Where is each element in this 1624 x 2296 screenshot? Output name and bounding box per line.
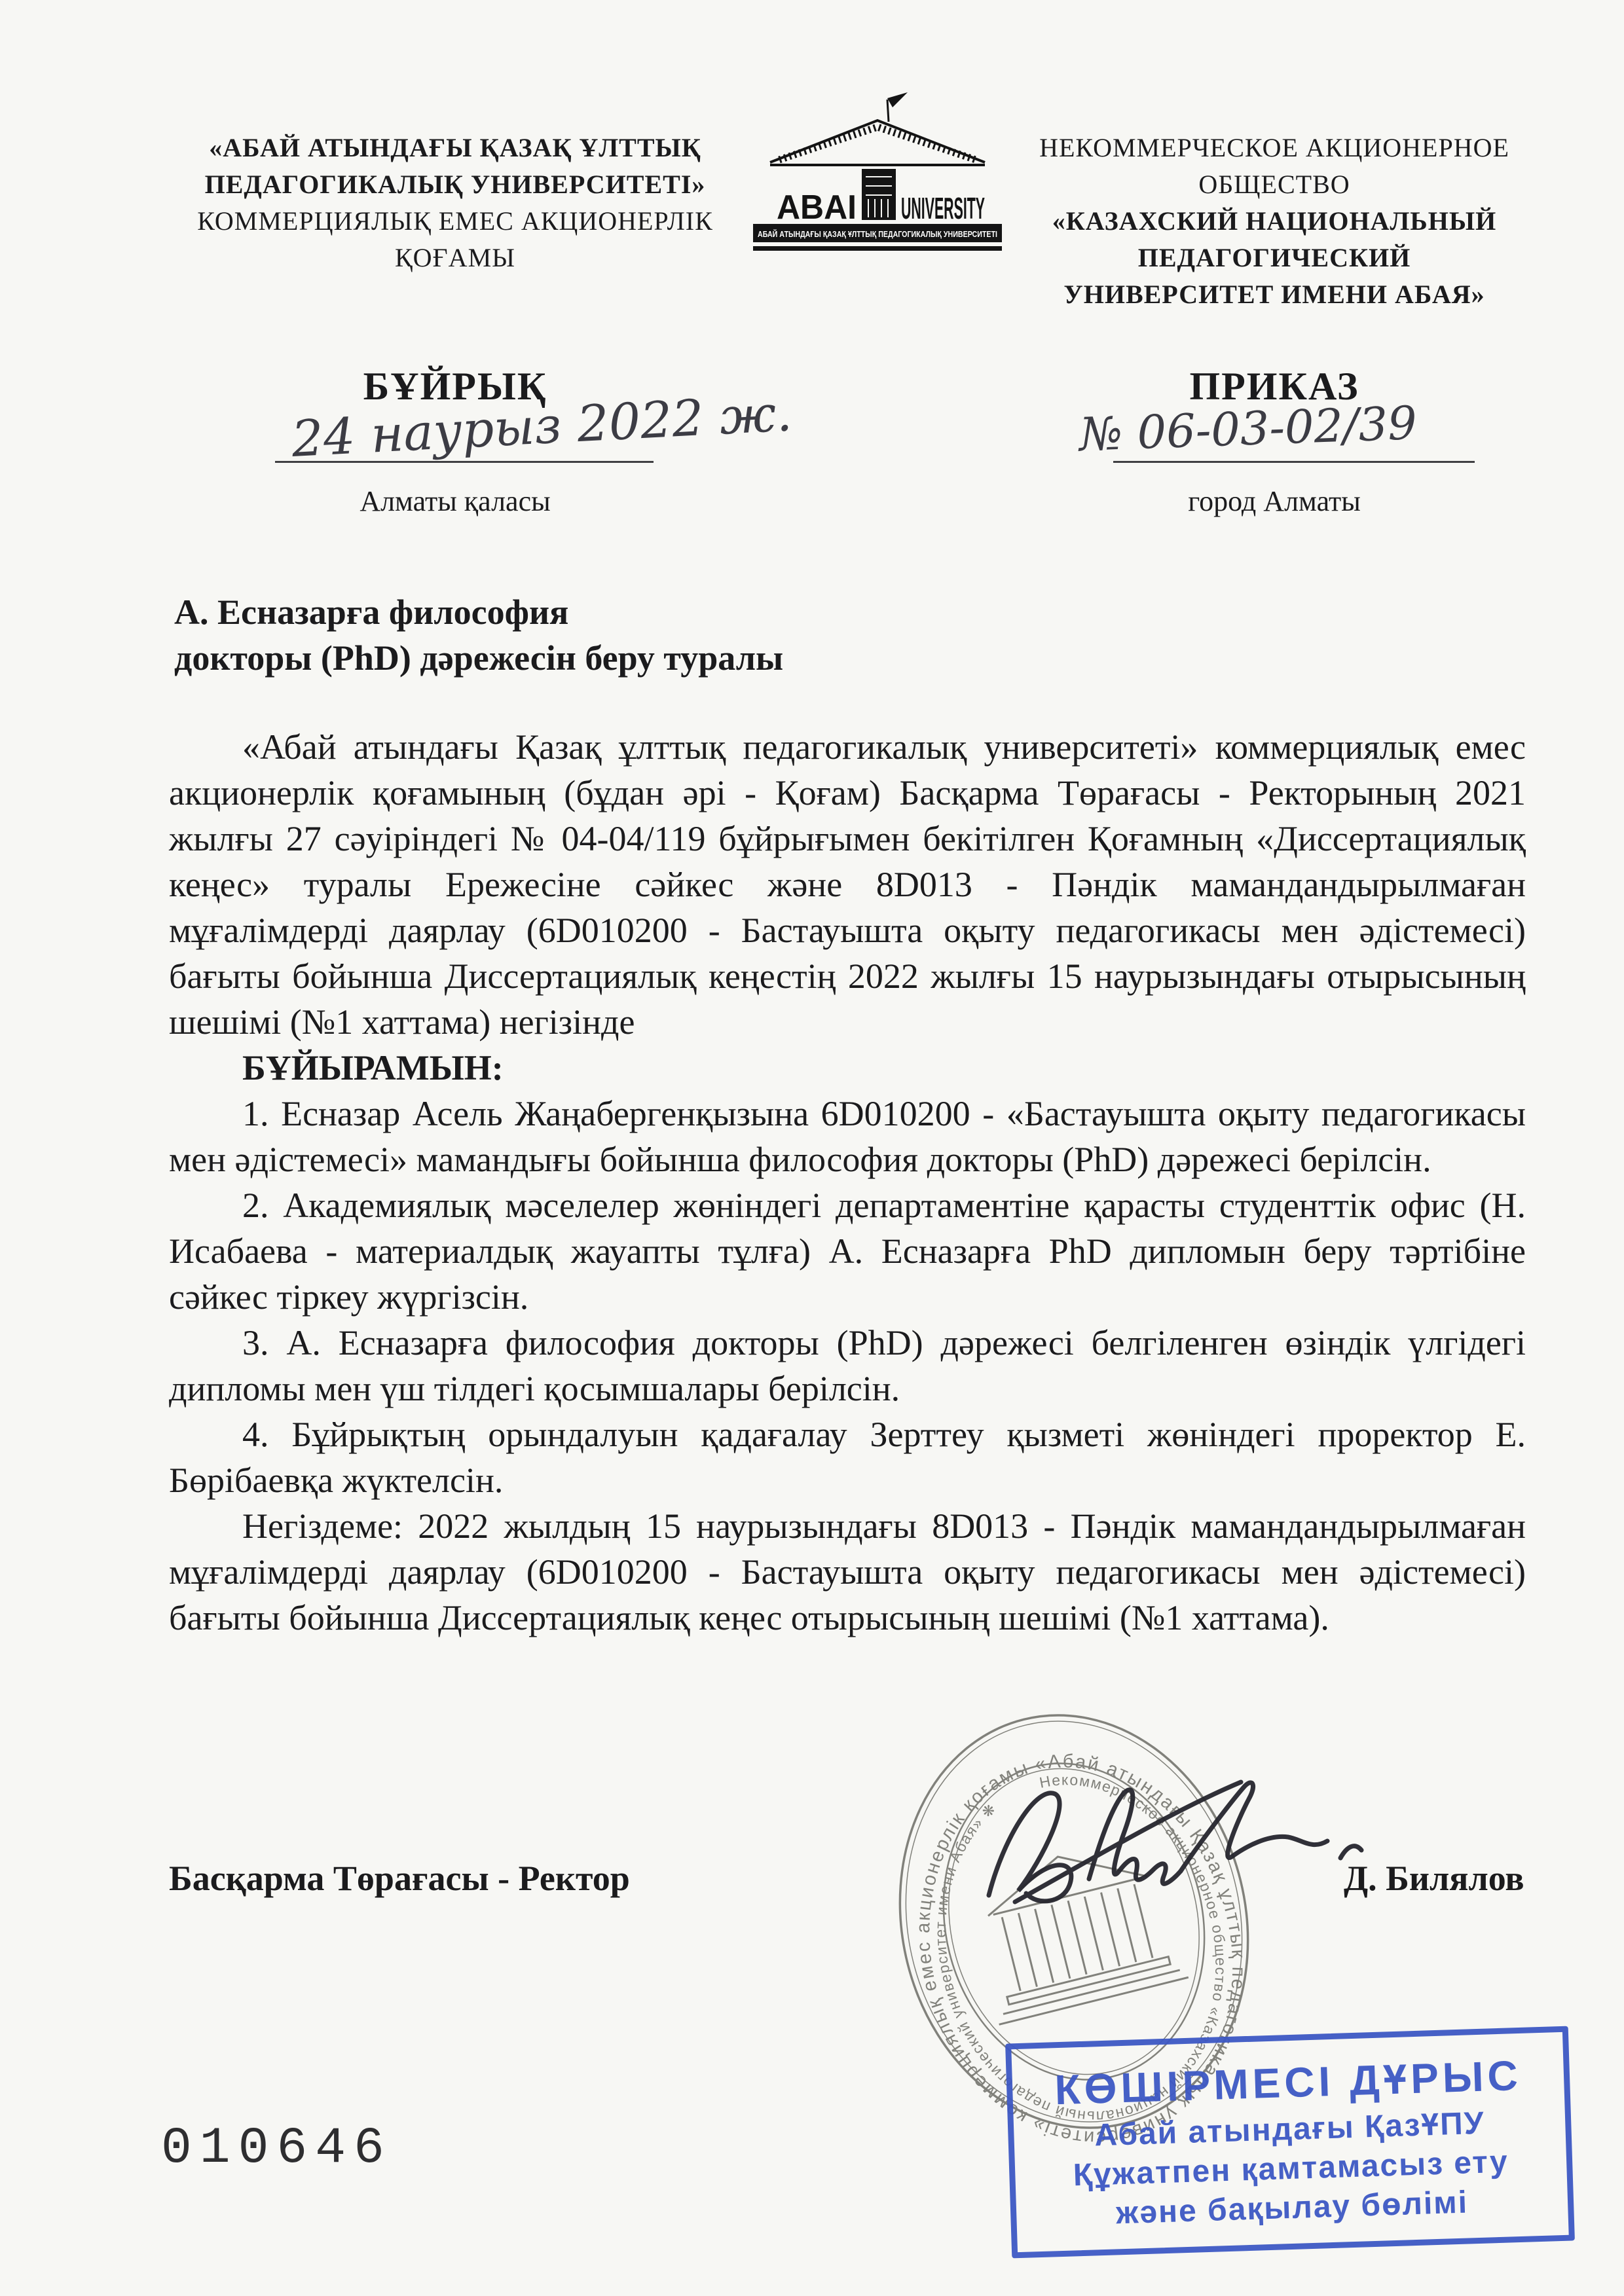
header-right-russian: НЕКОММЕРЧЕСКОЕ АКЦИОНЕРНОЕ ОБЩЕСТВО «КАЗ… [976, 130, 1573, 313]
header-right-line1: НЕКОММЕРЧЕСКОЕ АКЦИОНЕРНОЕ ОБЩЕСТВО [976, 130, 1573, 203]
order-item: 2. Академиялық мәселелер жөніндегі депар… [169, 1182, 1526, 1320]
signatory-name: Д. Билялов [1344, 1858, 1524, 1899]
logo-banner-text: АБАЙ АТЫНДАҒЫ ҚАЗАҚ ҰЛТТЫҚ ПЕДАГОГИКАЛЫҚ… [758, 229, 997, 239]
subject-line1: А. Есназарға философия [174, 589, 1156, 635]
logo-word-university: UNIVERSITY [901, 191, 985, 225]
header-right-line2: «КАЗАХСКИЙ НАЦИОНАЛЬНЫЙ ПЕДАГОГИЧЕСКИЙ [976, 203, 1573, 276]
city-kazakh: Алматы қаласы [183, 484, 727, 518]
signatory-role: Басқарма Төрағасы - Ректор [169, 1858, 630, 1899]
intro-paragraph: «Абай атындағы Қазақ ұлттық педагогикалы… [169, 724, 1526, 1045]
subject-line2: докторы (PhD) дәрежесін беру туралы [174, 635, 1156, 681]
university-logo: ABAI UNIVERSITY АБАЙ АТЫНДАҒЫ ҚАЗАҚ ҰЛТТ… [753, 90, 1002, 255]
header-left-line1: «АБАЙ АТЫНДАҒЫ ҚАЗАҚ ҰЛТТЫҚ [183, 130, 727, 166]
order-item: 4. Бұйрықтың орындалуын қадағалау Зертте… [169, 1412, 1526, 1503]
city-russian: город Алматы [976, 484, 1573, 518]
university-building-icon: ABAI UNIVERSITY АБАЙ АТЫНДАҒЫ ҚАЗАҚ ҰЛТТ… [753, 90, 1002, 255]
order-word: БҰЙЫРАМЫН: [169, 1045, 1526, 1091]
copy-certification-stamp: КӨШІРМЕСІ ДҰРЫС Абай атындағы ҚазҰПУ Құж… [1005, 2026, 1575, 2259]
document-serial-number: 010646 [161, 2120, 392, 2178]
order-body: «Абай атындағы Қазақ ұлттық педагогикалы… [169, 724, 1526, 1641]
basis-paragraph: Негіздеме: 2022 жылдың 15 наурызындағы 8… [169, 1503, 1526, 1641]
signature-scribble [953, 1755, 1372, 1938]
header-left-line3: КОММЕРЦИЯЛЫҚ ЕМЕС АКЦИОНЕРЛІК ҚОҒАМЫ [183, 203, 727, 276]
header-left-line2: ПЕДАГОГИКАЛЫҚ УНИВЕРСИТЕТІ» [183, 166, 727, 203]
subject-title: А. Есназарға философия докторы (PhD) дәр… [174, 589, 1156, 681]
handwritten-signature [953, 1755, 1372, 1941]
header-right-line3: УНИВЕРСИТЕТ ИМЕНИ АБАЯ» [976, 276, 1573, 313]
date-underline [275, 461, 654, 463]
scanned-order-document: { "header": { "left": [ "«АБАЙ АТЫНДАҒЫ … [0, 0, 1624, 2296]
number-underline [1113, 461, 1475, 463]
header-left-kazakh: «АБАЙ АТЫНДАҒЫ ҚАЗАҚ ҰЛТТЫҚ ПЕДАГОГИКАЛЫ… [183, 130, 727, 276]
order-item: 1. Есназар Асель Жаңабергенқызына 6D0102… [169, 1091, 1526, 1182]
logo-word-abai: ABAI [777, 189, 857, 227]
order-item: 3. А. Есназарға философия докторы (PhD) … [169, 1320, 1526, 1412]
handwritten-order-number: № 06-03-02/39 [1079, 396, 1418, 462]
